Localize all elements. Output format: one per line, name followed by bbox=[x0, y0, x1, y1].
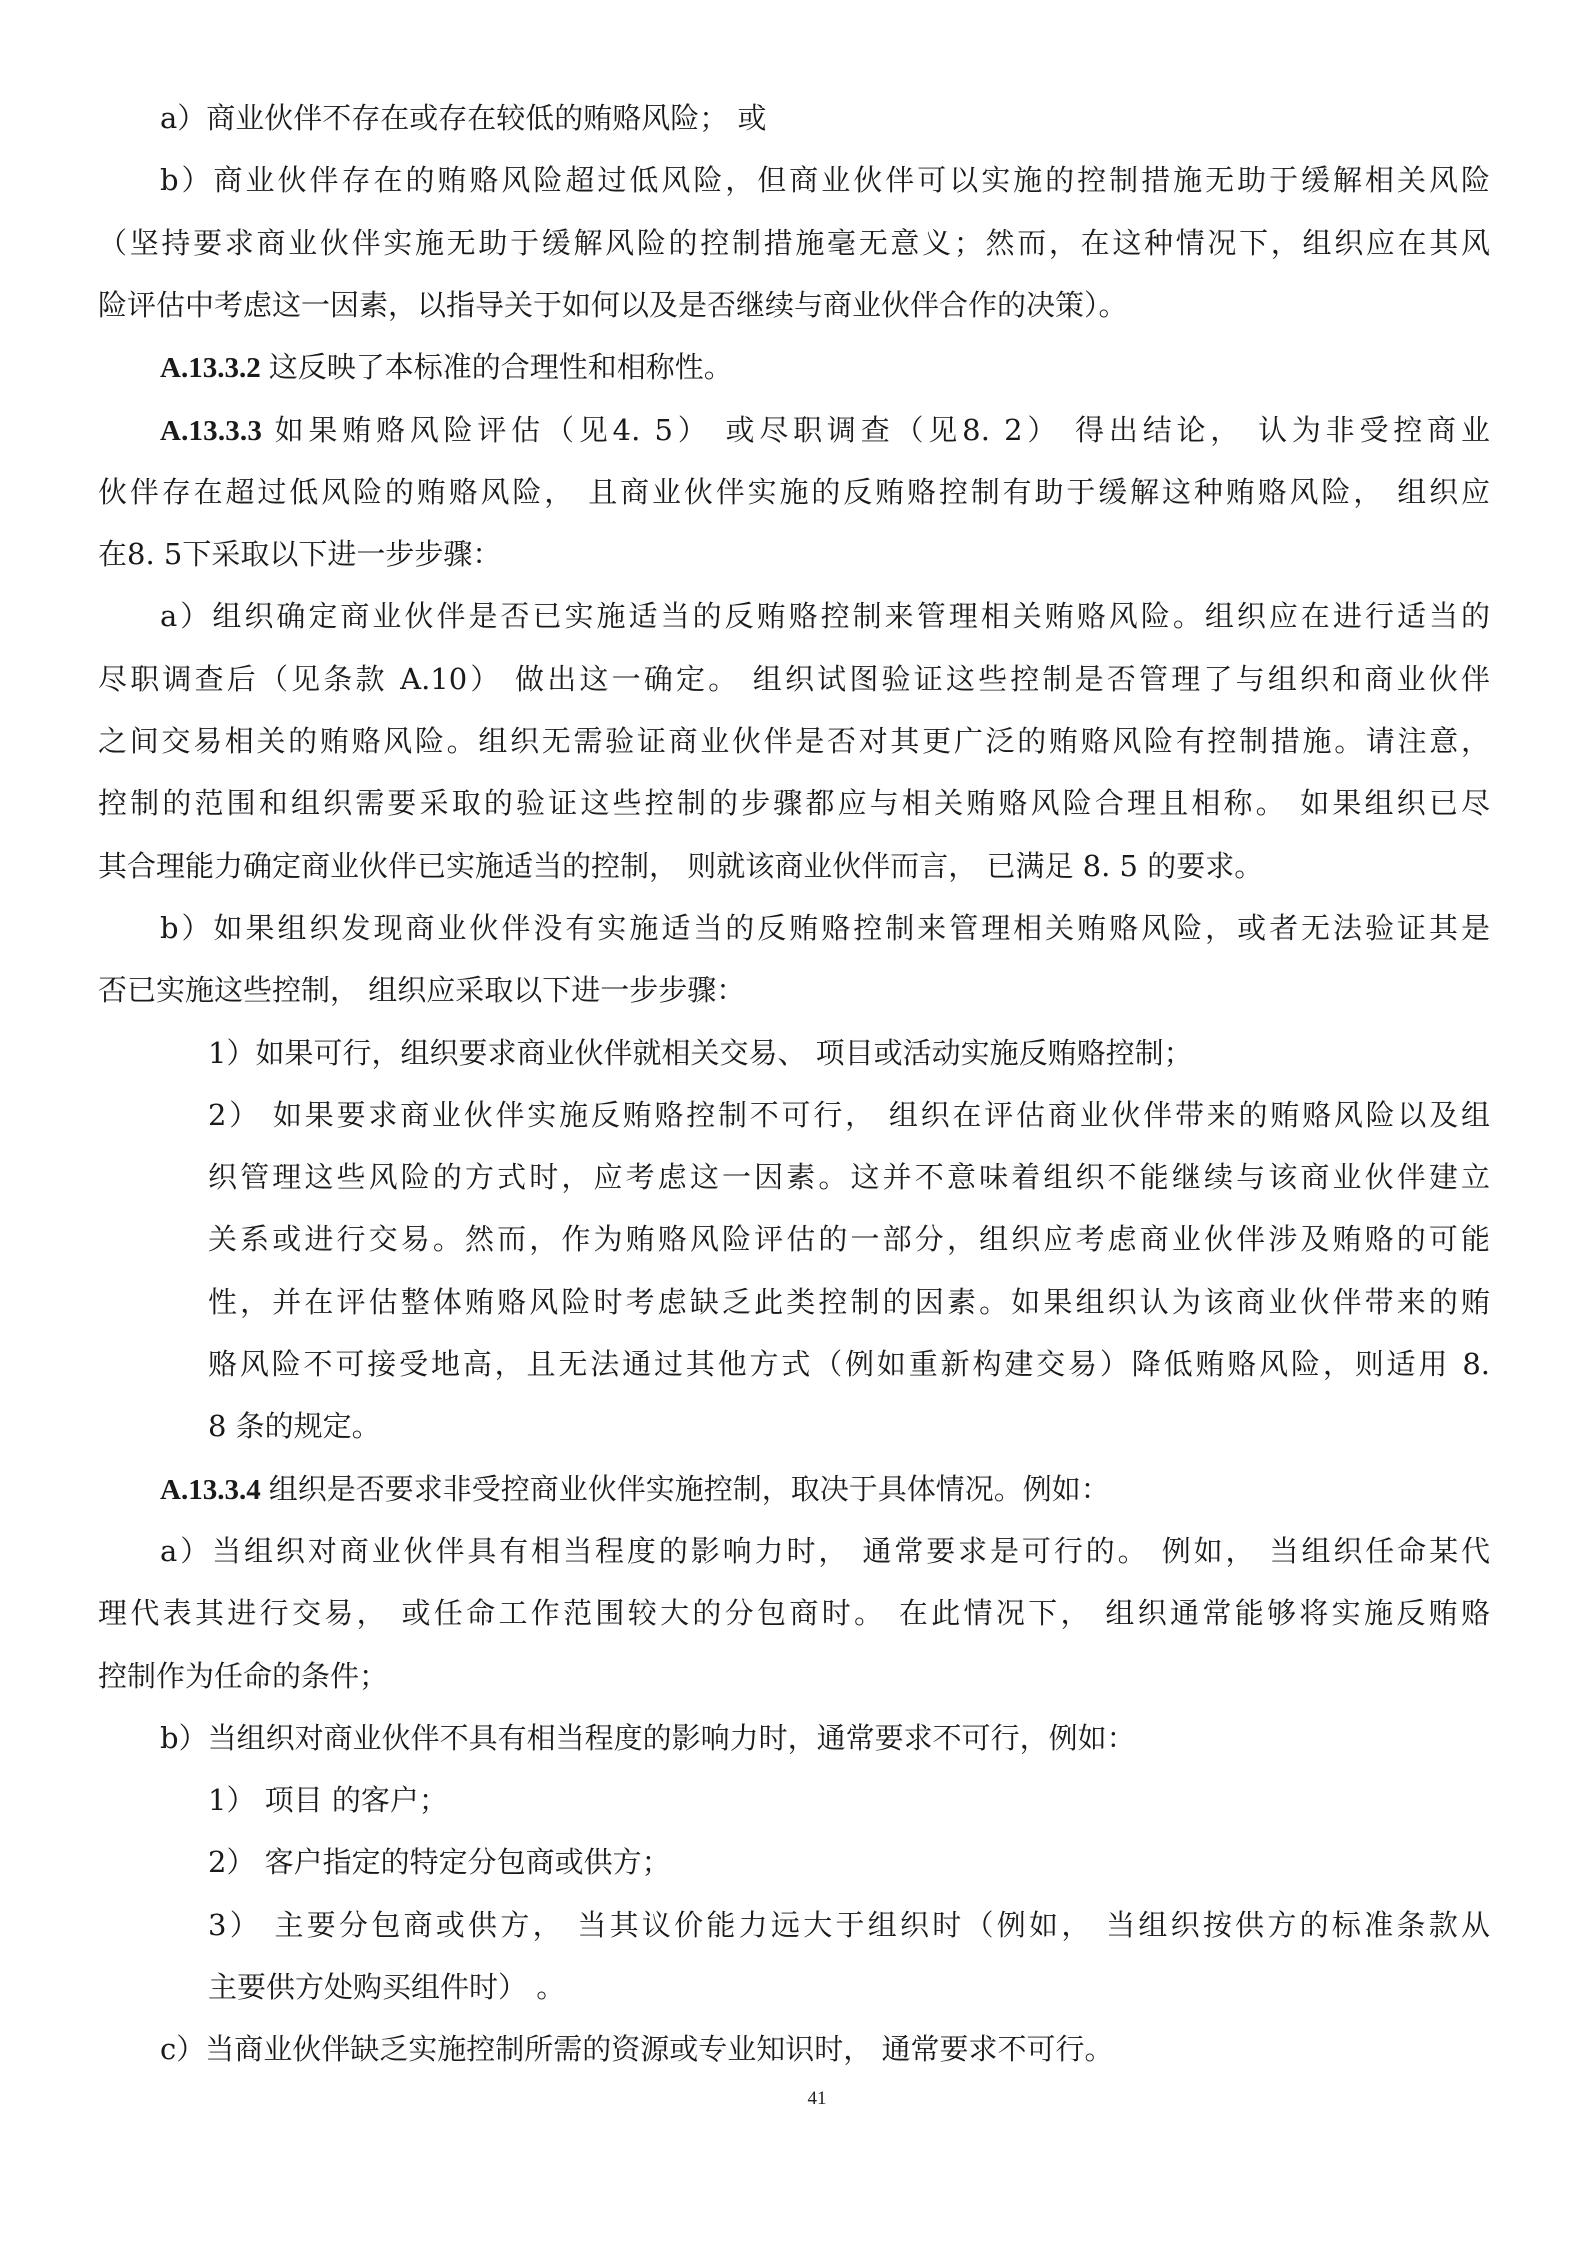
text-line: 否已实施这些控制， 组织应采取以下进一步步骤： bbox=[98, 970, 1490, 1010]
text-line: 险评估中考虑这一因素，以指导关于如何以及是否继续与商业伙伴合作的决策）。 bbox=[98, 285, 1490, 325]
text-line: A.13.3.4组织是否要求非受控商业伙伴实施控制，取决于具体情况。例如： bbox=[160, 1469, 1490, 1509]
text-line: 控制的范围和组织需要采取的验证这些控制的步骤都应与相关贿赂风险合理且相称。 如果… bbox=[98, 783, 1490, 823]
text-line: 8 条的规定。 bbox=[208, 1406, 1490, 1446]
line-text: 伙伴存在超过低风险的贿赂风险， 且商业伙伴实施的反贿赂控制有助于缓解这种贿赂风险… bbox=[98, 475, 1490, 509]
text-line: a）商业伙伴不存在或存在较低的贿赂风险； 或 bbox=[160, 98, 1490, 138]
line-text: （坚持要求商业伙伴实施无助于缓解风险的控制措施毫无意义；然而，在这种情况下，组织… bbox=[98, 226, 1490, 260]
line-text: 否已实施这些控制， 组织应采取以下进一步步骤： bbox=[98, 973, 745, 1007]
line-text: 关系或进行交易。然而，作为贿赂风险评估的一部分，组织应考虑商业伙伴涉及贿赂的可能 bbox=[208, 1222, 1490, 1256]
text-line: 在8. 5下采取以下进一步步骤： bbox=[98, 534, 1490, 574]
line-text: 其合理能力确定商业伙伴已实施适当的控制， 则就该商业伙伴而言， 已满足 8. 5… bbox=[98, 849, 1263, 883]
text-line: 理代表其进行交易， 或任命工作范围较大的分包商时。 在此情况下， 组织通常能够将… bbox=[98, 1593, 1490, 1633]
text-line: 之间交易相关的贿赂风险。组织无需验证商业伙伴是否对其更广泛的贿赂风险有控制措施。… bbox=[98, 721, 1490, 761]
line-text: 尽职调查后（见条款 A.10） 做出这一确定。 组织试图验证这些控制是否管理了与… bbox=[98, 662, 1490, 696]
line-text: 1） 项目 的客户； bbox=[208, 1783, 448, 1817]
clause-number: A.13.3.4 bbox=[160, 1474, 261, 1506]
text-line: A.13.3.2这反映了本标准的合理性和相称性。 bbox=[160, 347, 1490, 387]
line-text: a）当组织对商业伙伴具有相当程度的影响力时， 通常要求是可行的。 例如， 当组织… bbox=[160, 1534, 1490, 1568]
clause-number: A.13.3.3 bbox=[160, 415, 262, 447]
line-text: 这反映了本标准的合理性和相称性。 bbox=[269, 350, 733, 384]
line-text: 织管理这些风险的方式时，应考虑这一因素。这并不意味着组织不能继续与该商业伙伴建立 bbox=[208, 1160, 1490, 1194]
line-text: b）如果组织发现商业伙伴没有实施适当的反贿赂控制来管理相关贿赂风险，或者无法验证… bbox=[160, 911, 1490, 945]
line-text: 赂风险不可接受地高，且无法通过其他方式（例如重新构建交易）降低贿赂风险，则适用 … bbox=[208, 1347, 1490, 1381]
text-line: 其合理能力确定商业伙伴已实施适当的控制， 则就该商业伙伴而言， 已满足 8. 5… bbox=[98, 846, 1490, 886]
line-text: 控制作为任命的条件； bbox=[98, 1659, 388, 1693]
text-line: 赂风险不可接受地高，且无法通过其他方式（例如重新构建交易）降低贿赂风险，则适用 … bbox=[208, 1344, 1490, 1384]
text-line: b）如果组织发现商业伙伴没有实施适当的反贿赂控制来管理相关贿赂风险，或者无法验证… bbox=[160, 908, 1490, 948]
text-line: 2） 客户指定的特定分包商或供方； bbox=[208, 1842, 1490, 1882]
line-text: 3） 主要分包商或供方， 当其议价能力远大于组织时（例如， 当组织按供方的标准条… bbox=[208, 1908, 1490, 1942]
line-text: 1）如果可行，组织要求商业伙伴就相关交易、 项目或活动实施反贿赂控制； bbox=[208, 1036, 1193, 1070]
line-text: 如果贿赂风险评估（见4. 5） 或尽职调查（见8. 2） 得出结论， 认为非受控… bbox=[270, 413, 1490, 447]
line-text: 2） 客户指定的特定分包商或供方； bbox=[208, 1845, 671, 1879]
text-line: 伙伴存在超过低风险的贿赂风险， 且商业伙伴实施的反贿赂控制有助于缓解这种贿赂风险… bbox=[98, 472, 1490, 512]
text-line: b）商业伙伴存在的贿赂风险超过低风险，但商业伙伴可以实施的控制措施无助于缓解相关… bbox=[160, 160, 1490, 200]
text-line: c）当商业伙伴缺乏实施控制所需的资源或专业知识时， 通常要求不可行。 bbox=[160, 2029, 1490, 2069]
line-text: 组织是否要求非受控商业伙伴实施控制，取决于具体情况。例如： bbox=[269, 1472, 1110, 1506]
document-page: a）商业伙伴不存在或存在较低的贿赂风险； 或b）商业伙伴存在的贿赂风险超过低风险… bbox=[0, 0, 1587, 2245]
line-text: a）组织确定商业伙伴是否已实施适当的反贿赂控制来管理相关贿赂风险。组织应在进行适… bbox=[160, 599, 1490, 633]
text-line: 1）如果可行，组织要求商业伙伴就相关交易、 项目或活动实施反贿赂控制； bbox=[208, 1033, 1490, 1073]
text-line: b）当组织对商业伙伴不具有相当程度的影响力时，通常要求不可行，例如： bbox=[160, 1718, 1490, 1758]
text-line: 控制作为任命的条件； bbox=[98, 1656, 1490, 1696]
line-text: b）当组织对商业伙伴不具有相当程度的影响力时，通常要求不可行，例如： bbox=[160, 1721, 1136, 1755]
line-text: 主要供方处购买组件时） 。 bbox=[208, 1970, 565, 2004]
text-line: 1） 项目 的客户； bbox=[208, 1780, 1490, 1820]
line-text: 性，并在评估整体贿赂风险时考虑缺乏此类控制的因素。如果组织认为该商业伙伴带来的贿 bbox=[208, 1285, 1490, 1319]
text-line: 织管理这些风险的方式时，应考虑这一因素。这并不意味着组织不能继续与该商业伙伴建立 bbox=[208, 1157, 1490, 1197]
line-text: 8 条的规定。 bbox=[208, 1409, 381, 1443]
text-line: A.13.3.3如果贿赂风险评估（见4. 5） 或尽职调查（见8. 2） 得出结… bbox=[160, 410, 1490, 450]
text-line: 尽职调查后（见条款 A.10） 做出这一确定。 组织试图验证这些控制是否管理了与… bbox=[98, 659, 1490, 699]
page-number: 41 bbox=[787, 2088, 847, 2110]
clause-number: A.13.3.2 bbox=[160, 352, 261, 384]
line-text: 险评估中考虑这一因素，以指导关于如何以及是否继续与商业伙伴合作的决策）。 bbox=[98, 288, 1128, 322]
text-line: a）当组织对商业伙伴具有相当程度的影响力时， 通常要求是可行的。 例如， 当组织… bbox=[160, 1531, 1490, 1571]
line-text: 在8. 5下采取以下进一步步骤： bbox=[98, 537, 501, 571]
text-line: （坚持要求商业伙伴实施无助于缓解风险的控制措施毫无意义；然而，在这种情况下，组织… bbox=[98, 223, 1490, 263]
line-text: 控制的范围和组织需要采取的验证这些控制的步骤都应与相关贿赂风险合理且相称。 如果… bbox=[98, 786, 1490, 820]
text-line: 性，并在评估整体贿赂风险时考虑缺乏此类控制的因素。如果组织认为该商业伙伴带来的贿 bbox=[208, 1282, 1490, 1322]
line-text: c）当商业伙伴缺乏实施控制所需的资源或专业知识时， 通常要求不可行。 bbox=[160, 2032, 1113, 2066]
text-line: 3） 主要分包商或供方， 当其议价能力远大于组织时（例如， 当组织按供方的标准条… bbox=[208, 1905, 1490, 1945]
text-line: 主要供方处购买组件时） 。 bbox=[208, 1967, 1490, 2007]
line-text: a）商业伙伴不存在或存在较低的贿赂风险； 或 bbox=[160, 101, 767, 135]
text-line: 关系或进行交易。然而，作为贿赂风险评估的一部分，组织应考虑商业伙伴涉及贿赂的可能 bbox=[208, 1219, 1490, 1259]
line-text: b）商业伙伴存在的贿赂风险超过低风险，但商业伙伴可以实施的控制措施无助于缓解相关… bbox=[160, 163, 1490, 197]
line-text: 理代表其进行交易， 或任命工作范围较大的分包商时。 在此情况下， 组织通常能够将… bbox=[98, 1596, 1490, 1630]
line-text: 2） 如果要求商业伙伴实施反贿赂控制不可行， 组织在评估商业伙伴带来的贿赂风险以… bbox=[208, 1098, 1490, 1132]
line-text: 之间交易相关的贿赂风险。组织无需验证商业伙伴是否对其更广泛的贿赂风险有控制措施。… bbox=[98, 724, 1490, 758]
text-line: 2） 如果要求商业伙伴实施反贿赂控制不可行， 组织在评估商业伙伴带来的贿赂风险以… bbox=[208, 1095, 1490, 1135]
text-line: a）组织确定商业伙伴是否已实施适当的反贿赂控制来管理相关贿赂风险。组织应在进行适… bbox=[160, 596, 1490, 636]
